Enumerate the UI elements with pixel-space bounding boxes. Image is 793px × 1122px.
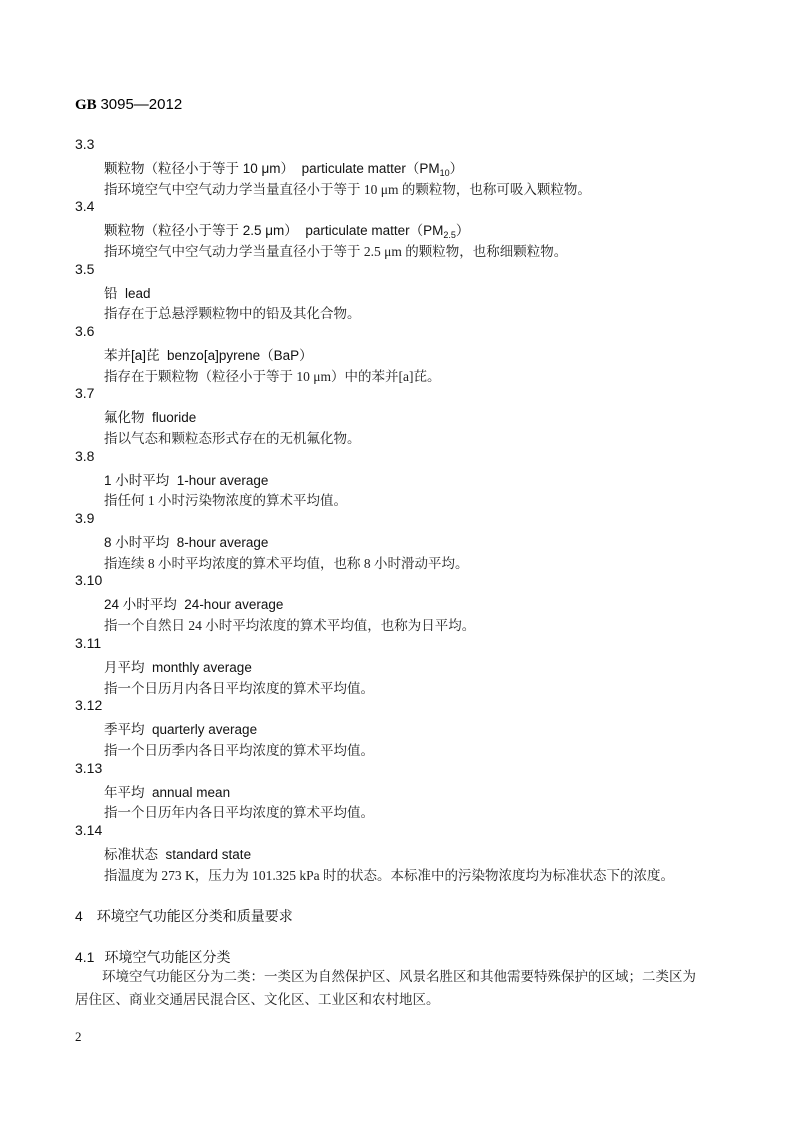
term-heading: 月平均 monthly average (104, 656, 252, 676)
term-heading: 季平均 quarterly average (104, 718, 257, 738)
term-definition: 指一个日历年内各日平均浓度的算术平均值。 (104, 801, 374, 821)
term-en: particulate matter（PM (302, 161, 440, 176)
clause-number: 3.14 (75, 822, 102, 838)
term-close: ） (450, 161, 464, 176)
clause-number: 3.11 (75, 635, 101, 651)
subsection-heading: 4.1环境空气功能区分类 (75, 947, 230, 967)
term-zh: 颗粒物（粒径小于等于 10 μm） (104, 161, 294, 176)
term-heading: 苯并[a]芘 benzo[a]pyrene（BaP） (104, 344, 313, 364)
body-paragraph: 环境空气功能区分为二类：一类区为自然保护区、风景名胜区和其他需要特殊保护的区域；… (75, 965, 700, 1011)
term-heading: 颗粒物（粒径小于等于 10 μm） particulate matter（PM1… (104, 157, 463, 178)
term-en: 1-hour average (177, 473, 269, 488)
clause-number: 3.5 (75, 261, 94, 277)
clause-number: 3.6 (75, 323, 94, 339)
term-definition: 指存在于总悬浮颗粒物中的铅及其化合物。 (104, 302, 361, 322)
term-zh: 1 小时平均 (104, 473, 169, 488)
term-heading: 1 小时平均 1-hour average (104, 469, 268, 489)
term-zh: 苯并[a]芘 (104, 348, 160, 363)
term-en: monthly average (152, 660, 252, 675)
term-en: particulate matter（PM (305, 223, 443, 238)
clause-number: 3.9 (75, 510, 94, 526)
clause-number: 3.8 (75, 448, 94, 464)
term-subscript: 2.5 (443, 230, 456, 240)
clause-number: 3.13 (75, 760, 102, 776)
term-heading: 氟化物 fluoride (104, 406, 196, 426)
term-heading: 8 小时平均 8-hour average (104, 531, 268, 551)
clause-number: 3.10 (75, 572, 102, 588)
term-zh: 24 小时平均 (104, 597, 177, 612)
subsection-number: 4.1 (75, 949, 94, 965)
term-heading: 铅 lead (104, 282, 151, 302)
term-en: 8-hour average (177, 535, 269, 550)
document-page: GB 3095—2012 3.3 颗粒物（粒径小于等于 10 μm） parti… (0, 0, 793, 1122)
term-en: lead (125, 286, 151, 301)
term-definition: 指连续 8 小时平均浓度的算术平均值，也称 8 小时滑动平均。 (104, 552, 469, 572)
term-zh: 铅 (104, 286, 118, 301)
term-heading: 24 小时平均 24-hour average (104, 593, 283, 613)
standard-prefix: GB (75, 97, 97, 113)
standard-code-header: GB 3095—2012 (75, 96, 182, 114)
term-definition: 指一个日历季内各日平均浓度的算术平均值。 (104, 739, 374, 759)
term-zh: 8 小时平均 (104, 535, 169, 550)
clause-number: 3.3 (75, 136, 94, 152)
term-heading: 颗粒物（粒径小于等于 2.5 μm） particulate matter（PM… (104, 219, 469, 240)
term-zh: 季平均 (104, 722, 145, 737)
term-en: 24-hour average (184, 597, 283, 612)
term-close: ） (456, 223, 470, 238)
clause-number: 3.7 (75, 385, 94, 401)
term-heading: 标准状态 standard state (104, 843, 251, 863)
term-zh: 年平均 (104, 785, 145, 800)
term-en: fluoride (152, 410, 196, 425)
term-definition: 指环境空气中空气动力学当量直径小于等于 10 μm 的颗粒物，也称可吸入颗粒物。 (104, 178, 591, 198)
term-en: standard state (166, 847, 252, 862)
term-definition: 指以气态和颗粒态形式存在的无机氟化物。 (104, 427, 361, 447)
term-definition: 指环境空气中空气动力学当量直径小于等于 2.5 μm 的颗粒物，也称细颗粒物。 (104, 240, 567, 260)
term-definition: 指一个自然日 24 小时平均浓度的算术平均值，也称为日平均。 (104, 614, 475, 634)
term-zh: 标准状态 (104, 847, 158, 862)
page-number: 2 (75, 1029, 82, 1045)
clause-number: 3.12 (75, 697, 102, 713)
standard-number: 3095—2012 (100, 96, 182, 113)
term-definition: 指一个日历月内各日平均浓度的算术平均值。 (104, 677, 374, 697)
term-en: annual mean (152, 785, 230, 800)
term-zh: 颗粒物（粒径小于等于 2.5 μm） (104, 223, 298, 238)
term-zh: 氟化物 (104, 410, 145, 425)
term-heading: 年平均 annual mean (104, 781, 230, 801)
term-definition: 指温度为 273 K，压力为 101.325 kPa 时的状态。本标准中的污染物… (104, 864, 674, 884)
term-definition: 指任何 1 小时污染物浓度的算术平均值。 (104, 489, 347, 509)
section-heading: 4 环境空气功能区分类和质量要求 (75, 906, 293, 926)
term-en: quarterly average (152, 722, 257, 737)
term-definition: 指存在于颗粒物（粒径小于等于 10 μm）中的苯并[a]芘。 (104, 365, 440, 385)
term-subscript: 10 (440, 168, 450, 178)
term-zh: 月平均 (104, 660, 145, 675)
clause-number: 3.4 (75, 198, 94, 214)
subsection-title: 环境空气功能区分类 (104, 951, 230, 966)
term-en: benzo[a]pyrene（BaP） (167, 348, 313, 363)
